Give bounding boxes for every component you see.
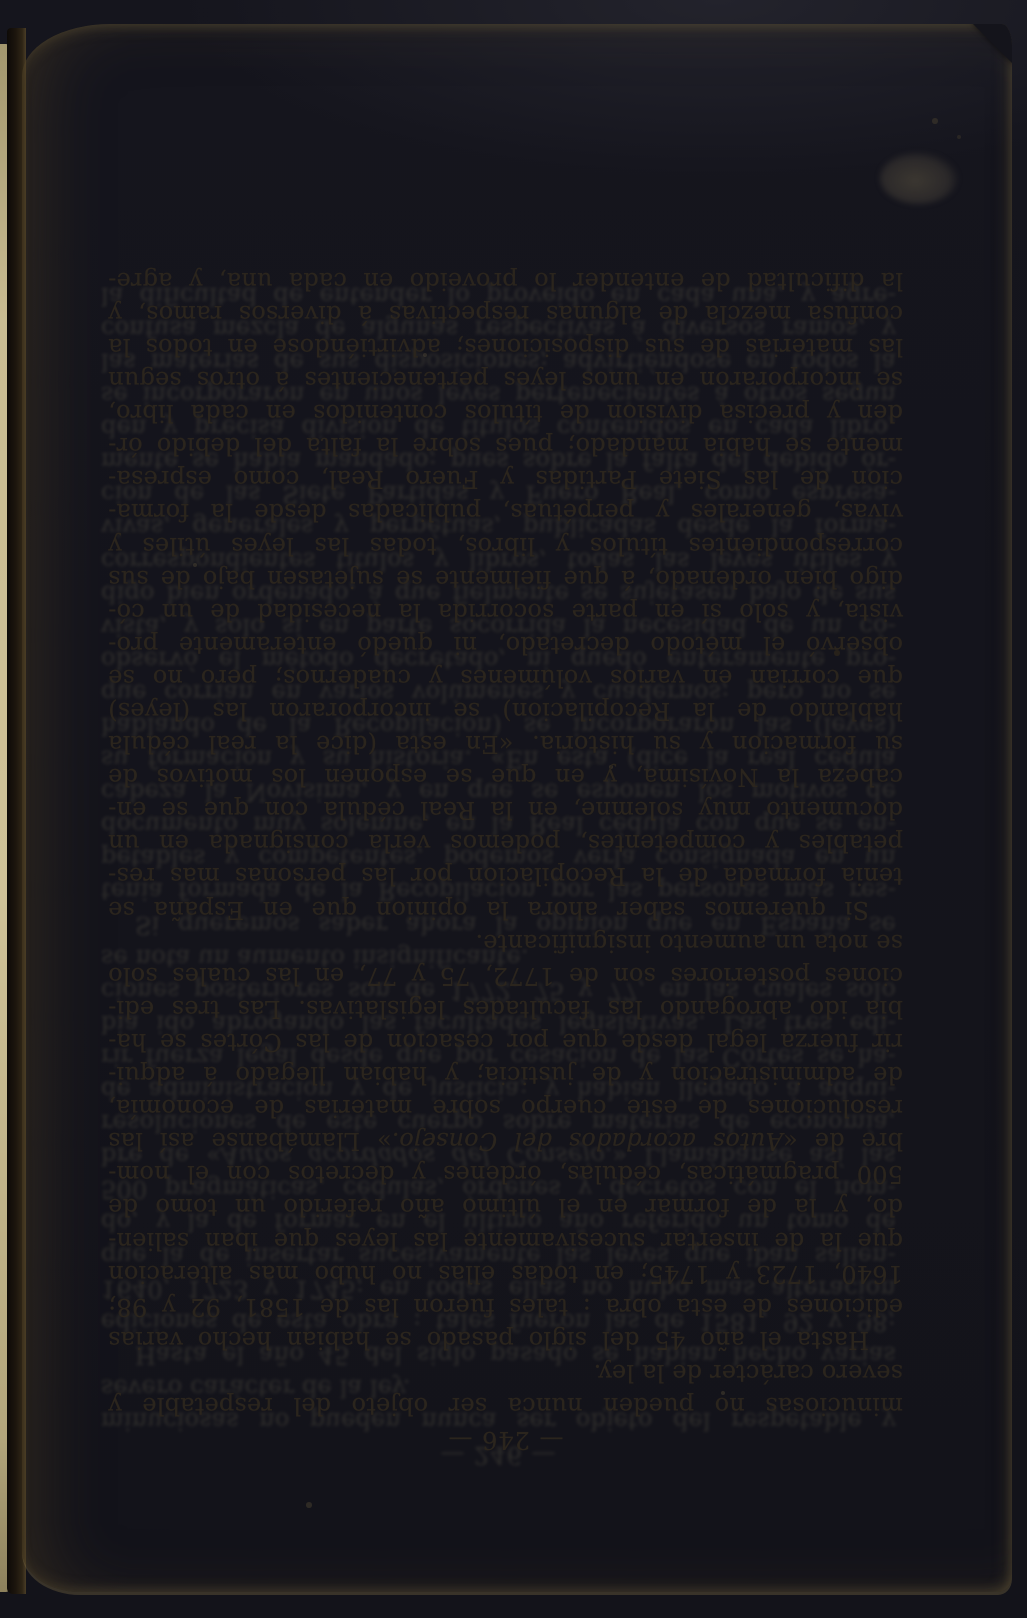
text-line: petables y competentes, podemos verla co… bbox=[108, 826, 903, 859]
text-segment: Si queremos saber ahora la opinion que e… bbox=[108, 896, 869, 924]
text-line: Si queremos saber ahora la opinion que e… bbox=[108, 893, 903, 926]
text-segment: que corrian en varios volúmenes y cuader… bbox=[108, 664, 903, 692]
text-segment: ciones posteriores son de 1772, 75 y 77,… bbox=[108, 962, 903, 990]
text-line: digo bien ordenado, á que fielmente se s… bbox=[108, 562, 903, 595]
text-line: Hasta el año 45 del siglo pasado se habi… bbox=[108, 1323, 903, 1356]
text-line: confusa mezcla de algunas respectivas á … bbox=[108, 297, 903, 330]
text-line: vivas, generales y perpétuas, publicadas… bbox=[108, 495, 903, 528]
text-line: do, y la de formar en el último año refe… bbox=[108, 1190, 903, 1223]
text-line: minuciosas no pueden nunca ser objeto de… bbox=[108, 1389, 903, 1422]
text-segment: tenia formada de la Recopilacion por las… bbox=[108, 863, 903, 891]
text-line: ciones posteriores son de 1772, 75 y 77,… bbox=[108, 959, 903, 992]
text-segment: digo bien ordenado, á que fielmente se s… bbox=[108, 565, 903, 593]
text-segment: petables y competentes, podemos verla co… bbox=[108, 829, 903, 857]
text-segment: minuciosas no pueden nunca ser objeto de… bbox=[108, 1392, 903, 1420]
text-line: bia ido abrogando las facultades legisla… bbox=[108, 992, 903, 1025]
italic-text-segment: Autos acordados del Consejo. bbox=[392, 1127, 783, 1155]
text-segment: confusa mezcla de algunas respectivas á … bbox=[108, 300, 903, 328]
text-line: su formacion y su historia. «En esta (di… bbox=[108, 727, 903, 760]
text-segment: 1640, 1723 y 1745; en todas ellas no hub… bbox=[108, 1260, 903, 1288]
photo-backdrop: — 246 —minuciosas no pueden nunca ser ob… bbox=[0, 0, 1027, 1618]
text-segment: vista, y solo sí en parte socorrida la n… bbox=[108, 598, 903, 626]
text-segment: do, y la de formar en el último año refe… bbox=[108, 1193, 903, 1221]
page-text-block: — 246 — minuciosas no pueden nunca ser o… bbox=[108, 262, 903, 1458]
text-line: se nota un aumento insignificante. bbox=[108, 926, 903, 959]
text-segment: severo carácter de la ley. bbox=[593, 1359, 903, 1387]
text-line: hablando de la Recopilacion) se incorpor… bbox=[108, 694, 903, 727]
text-line: severo carácter de la ley. bbox=[108, 1356, 903, 1389]
text-line: se incorporaron en unos leyes pertenecie… bbox=[108, 363, 903, 396]
text-line: resoluciones de este cuerpo sobre materi… bbox=[108, 1091, 903, 1124]
text-segment: de administracion y de justicia; y habia… bbox=[108, 1061, 903, 1089]
text-segment: rir fuerza legal desde que por cesacion … bbox=[108, 1028, 903, 1056]
text-segment: bre de « bbox=[783, 1127, 903, 1155]
text-segment: se nota un aumento insignificante. bbox=[475, 929, 903, 957]
text-line: cabeza la Novísima, y en que se esponen … bbox=[108, 760, 903, 793]
page-number: — 246 — bbox=[108, 1422, 903, 1458]
text-line: que la de insertar sucesivamente las ley… bbox=[108, 1223, 903, 1256]
text-line: rir fuerza legal desde que por cesacion … bbox=[108, 1025, 903, 1058]
text-line: 1640, 1723 y 1745; en todas ellas no hub… bbox=[108, 1257, 903, 1290]
text-segment: vivas, generales y perpétuas, publicadas… bbox=[108, 498, 903, 526]
text-segment: den y precisa division de títulos conten… bbox=[108, 399, 903, 427]
text-segment: las materias de sus disposiciones; advir… bbox=[108, 333, 903, 361]
text-line: que corrian en varios volúmenes y cuader… bbox=[108, 661, 903, 694]
text-segment: que la de insertar sucesivamente las ley… bbox=[108, 1227, 903, 1255]
text-segment: resoluciones de este cuerpo sobre materi… bbox=[108, 1094, 903, 1122]
text-segment: Hasta el año 45 del siglo pasado se habi… bbox=[108, 1326, 869, 1354]
text-line: documento muy solemne, en la Real cédula… bbox=[108, 793, 903, 826]
text-line: bre de «Autos acordados del Consejo.» Ll… bbox=[108, 1124, 903, 1157]
text-segment: bia ido abrogando las facultades legisla… bbox=[108, 995, 903, 1023]
book-page: — 246 —minuciosas no pueden nunca ser ob… bbox=[22, 24, 1012, 1592]
text-lines-container: minuciosas no pueden nunca ser objeto de… bbox=[108, 264, 903, 1422]
paper-specks bbox=[22, 24, 24, 26]
text-line: observó el método decretado, ni quedó en… bbox=[108, 628, 903, 661]
text-line: den y precisa division de títulos conten… bbox=[108, 396, 903, 429]
text-line: 500 pragmáticas, cédulas, órdenes y decr… bbox=[108, 1157, 903, 1190]
text-segment: » Llamábanse así las bbox=[108, 1127, 392, 1155]
text-segment: se incorporaron en unos leyes pertenecie… bbox=[108, 366, 903, 394]
text-segment: cabeza la Novísima, y en que se esponen … bbox=[108, 763, 903, 791]
text-line: vista, y solo sí en parte socorrida la n… bbox=[108, 595, 903, 628]
text-segment: la dificultad de entender lo proveido en… bbox=[108, 267, 903, 295]
text-segment: ediciones de esta obra : tales fueron la… bbox=[108, 1293, 903, 1321]
text-line: las materias de sus disposiciones; advir… bbox=[108, 330, 903, 363]
text-segment: hablando de la Recopilacion) se incorpor… bbox=[108, 697, 903, 725]
text-line: de administracion y de justicia; y habia… bbox=[108, 1058, 903, 1091]
page-corner-cut bbox=[972, 24, 1012, 64]
text-line: mente se habia mandado; pues sobre la fa… bbox=[108, 429, 903, 462]
text-line: correspondientes títulos y libros, todas… bbox=[108, 528, 903, 561]
text-segment: cion de las Siete Partidas y Fuero Real,… bbox=[108, 465, 903, 493]
text-segment: 500 pragmáticas, cédulas, órdenes y decr… bbox=[108, 1160, 903, 1188]
text-segment: documento muy solemne, en la Real cédula… bbox=[108, 796, 903, 824]
text-line: ediciones de esta obra : tales fueron la… bbox=[108, 1290, 903, 1323]
text-segment: su formacion y su historia. «En esta (di… bbox=[108, 730, 903, 758]
text-segment: observó el método decretado, ni quedó en… bbox=[108, 631, 903, 659]
text-segment: mente se habia mandado; pues sobre la fa… bbox=[108, 432, 903, 460]
text-segment: correspondientes títulos y libros, todas… bbox=[108, 532, 903, 560]
text-line: la dificultad de entender lo proveido en… bbox=[108, 264, 903, 297]
paper-stain bbox=[880, 152, 958, 204]
text-line: cion de las Siete Partidas y Fuero Real,… bbox=[108, 462, 903, 495]
text-line: tenia formada de la Recopilacion por las… bbox=[108, 859, 903, 892]
